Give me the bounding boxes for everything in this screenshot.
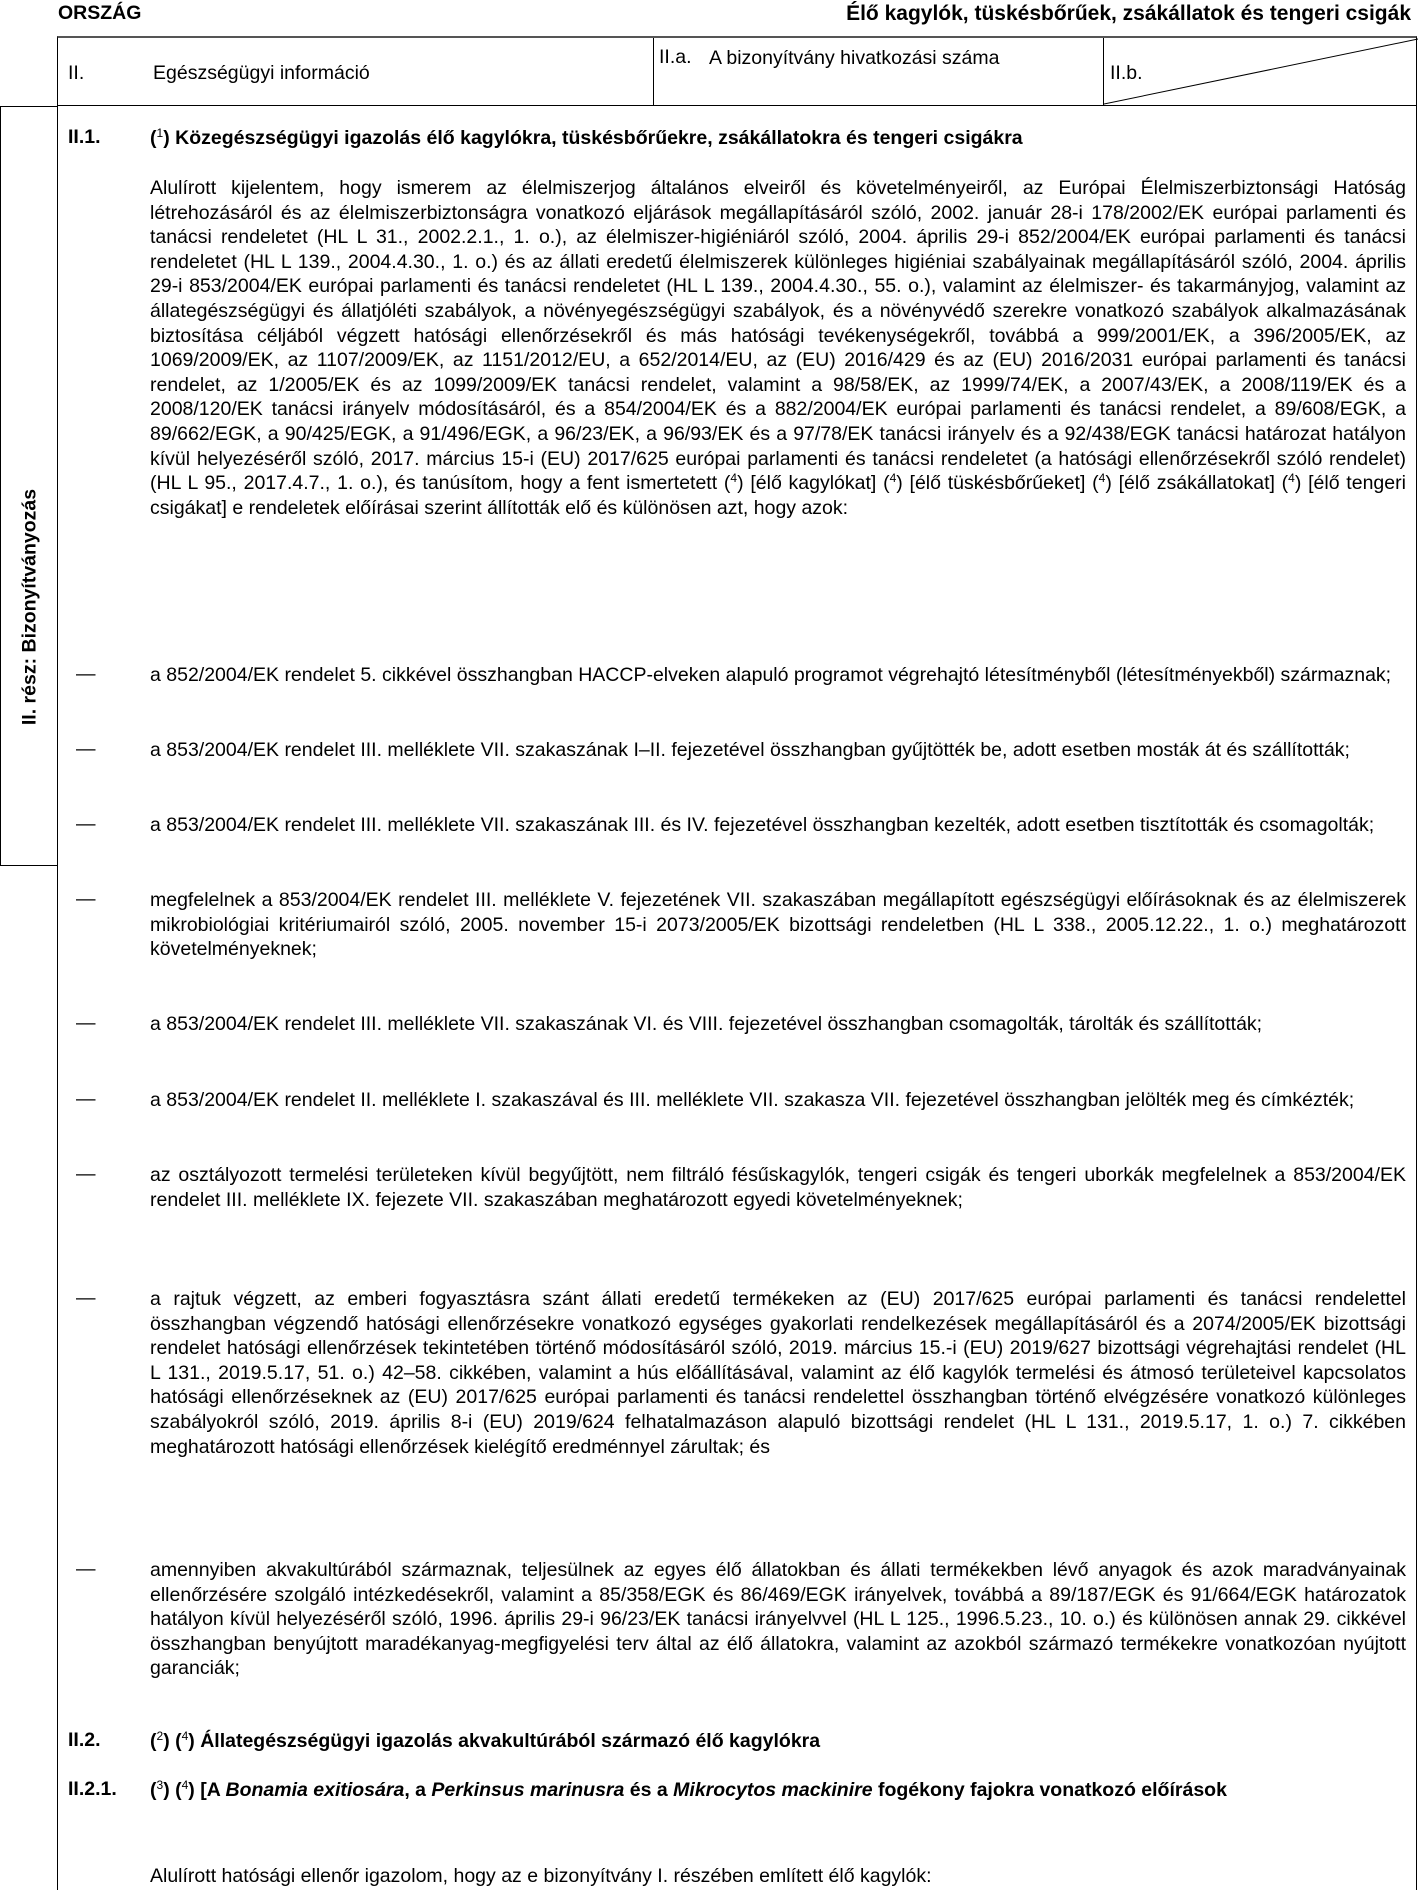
side-label: II. rész: Bizonyítványozás xyxy=(19,489,42,725)
section-ii2-number: II.2. xyxy=(68,1729,101,1752)
section-ii2-title-text: Állategészségügyi igazolás akvakultúrábó… xyxy=(200,1730,820,1752)
footnote-ref: 4 xyxy=(730,471,737,485)
dash-icon: — xyxy=(76,888,96,911)
dash-icon: — xyxy=(76,1088,96,1111)
list-item: —megfelelnek a 853/2004/EK rendelet III.… xyxy=(76,888,1406,962)
dash-icon: — xyxy=(76,1012,96,1035)
list-item-text: a 853/2004/EK rendelet III. melléklete V… xyxy=(150,813,1406,838)
diagonal-strike-icon xyxy=(1104,38,1418,106)
reference-number-label-num: II.a. xyxy=(659,46,692,69)
list-item: —az osztályozott termelési területeken k… xyxy=(76,1163,1406,1212)
option-live-tunicates: [élő zsákállatokat] xyxy=(1119,472,1275,494)
list-item: —a 852/2004/EK rendelet 5. cikkével össz… xyxy=(76,663,1406,688)
title-text: fogékony fajokra vonatkozó előírások xyxy=(873,1779,1227,1801)
list-item: —a 853/2004/EK rendelet II. melléklete I… xyxy=(76,1088,1406,1113)
list-item-text: a 853/2004/EK rendelet III. melléklete V… xyxy=(150,1012,1406,1037)
footnote-ref: 3 xyxy=(157,1778,164,1792)
list-item-text: a rajtuk végzett, az emberi fogyasztásra… xyxy=(150,1287,1406,1459)
footnote-ref: 4 xyxy=(182,1729,189,1743)
section-ii1-declaration: Alulírott kijelentem, hogy ismerem az él… xyxy=(150,176,1406,520)
footnote-ref: 4 xyxy=(890,471,897,485)
footnote-ref: 4 xyxy=(1099,471,1106,485)
footnote-ref: 4 xyxy=(182,1778,189,1792)
section-ii1-title-text: Közegészségügyi igazolás élő kagylókra, … xyxy=(175,127,1023,149)
declaration-text: Alulírott kijelentem, hogy ismerem az él… xyxy=(150,177,1406,494)
list-item-text: a 853/2004/EK rendelet II. melléklete I.… xyxy=(150,1088,1406,1113)
list-item: —amennyiben akvakultúrából származnak, t… xyxy=(76,1558,1406,1681)
list-item: —a rajtuk végzett, az emberi fogyasztásr… xyxy=(76,1287,1406,1459)
certificate-title: Élő kagylók, tüskésbőrűek, zsákállatok é… xyxy=(846,2,1411,26)
list-item-text: megfelelnek a 853/2004/EK rendelet III. … xyxy=(150,888,1406,962)
footnote-ref: 1 xyxy=(157,126,164,140)
iib-cell: II.b. xyxy=(1103,38,1416,106)
reference-number-cell: II.a. A bizonyítvány hivatkozási száma xyxy=(653,38,1103,106)
list-item-text: a 853/2004/EK rendelet III. melléklete V… xyxy=(150,738,1406,763)
section-ii21-body: Alulírott hatósági ellenőr igazolom, hog… xyxy=(150,1864,1406,1889)
section-ii1-title: (1) Közegészségügyi igazolás élő kagylók… xyxy=(150,126,1406,150)
list-item-text: amennyiben akvakultúrából származnak, te… xyxy=(150,1558,1406,1681)
section-ii21-title: (3) (4) [A Bonamia exitiosára, a Perkins… xyxy=(150,1778,1406,1802)
list-item: —a 853/2004/EK rendelet III. melléklete … xyxy=(76,1012,1406,1037)
section-ii1-number: II.1. xyxy=(68,126,101,149)
list-item: —a 853/2004/EK rendelet III. melléklete … xyxy=(76,813,1406,838)
dash-icon: — xyxy=(76,1163,96,1186)
option-live-bivalves: [élő kagylókat] xyxy=(750,472,876,494)
footnote-ref: 2 xyxy=(157,1729,164,1743)
section-ii21-number: II.2.1. xyxy=(68,1778,117,1801)
list-item-text: az osztályozott termelési területeken kí… xyxy=(150,1163,1406,1212)
section-ii2-title: (2) (4) Állategészségügyi igazolás akvak… xyxy=(150,1729,1406,1753)
dash-icon: — xyxy=(76,738,96,761)
species-name: Mikrocytos mackinire xyxy=(673,1779,872,1801)
title-text: [A xyxy=(200,1779,225,1801)
declaration-text-end: e rendeletek előírásai szerint állítottá… xyxy=(232,497,848,519)
dash-icon: — xyxy=(76,1287,96,1310)
section-number: II. xyxy=(68,62,84,85)
header-table: II. Egészségügyi információ II.a. A bizo… xyxy=(57,36,1417,106)
list-item-text: a 852/2004/EK rendelet 5. cikkével összh… xyxy=(150,663,1406,688)
option-live-echinoderms: [élő tüskésbőrűeket] xyxy=(910,472,1086,494)
list-item: —a 853/2004/EK rendelet III. melléklete … xyxy=(76,738,1406,763)
species-name: Perkinsus marinusra xyxy=(431,1779,624,1801)
dash-icon: — xyxy=(76,663,96,686)
species-name: Bonamia exitiosára xyxy=(225,1779,404,1801)
dash-icon: — xyxy=(76,1558,96,1581)
title-text: és a xyxy=(624,1779,673,1801)
title-text: , a xyxy=(404,1779,431,1801)
dash-icon: — xyxy=(76,813,96,836)
footnote-ref: 4 xyxy=(1288,471,1295,485)
reference-number-label: A bizonyítvány hivatkozási száma xyxy=(709,46,1009,70)
iib-label: II.b. xyxy=(1110,62,1143,85)
side-label-box: II. rész: Bizonyítványozás xyxy=(0,106,58,866)
country-label: ORSZÁG xyxy=(58,2,141,25)
certificate-body: II.1. (1) Közegészségügyi igazolás élő k… xyxy=(57,106,1417,1890)
section-title: Egészségügyi információ xyxy=(153,62,370,85)
